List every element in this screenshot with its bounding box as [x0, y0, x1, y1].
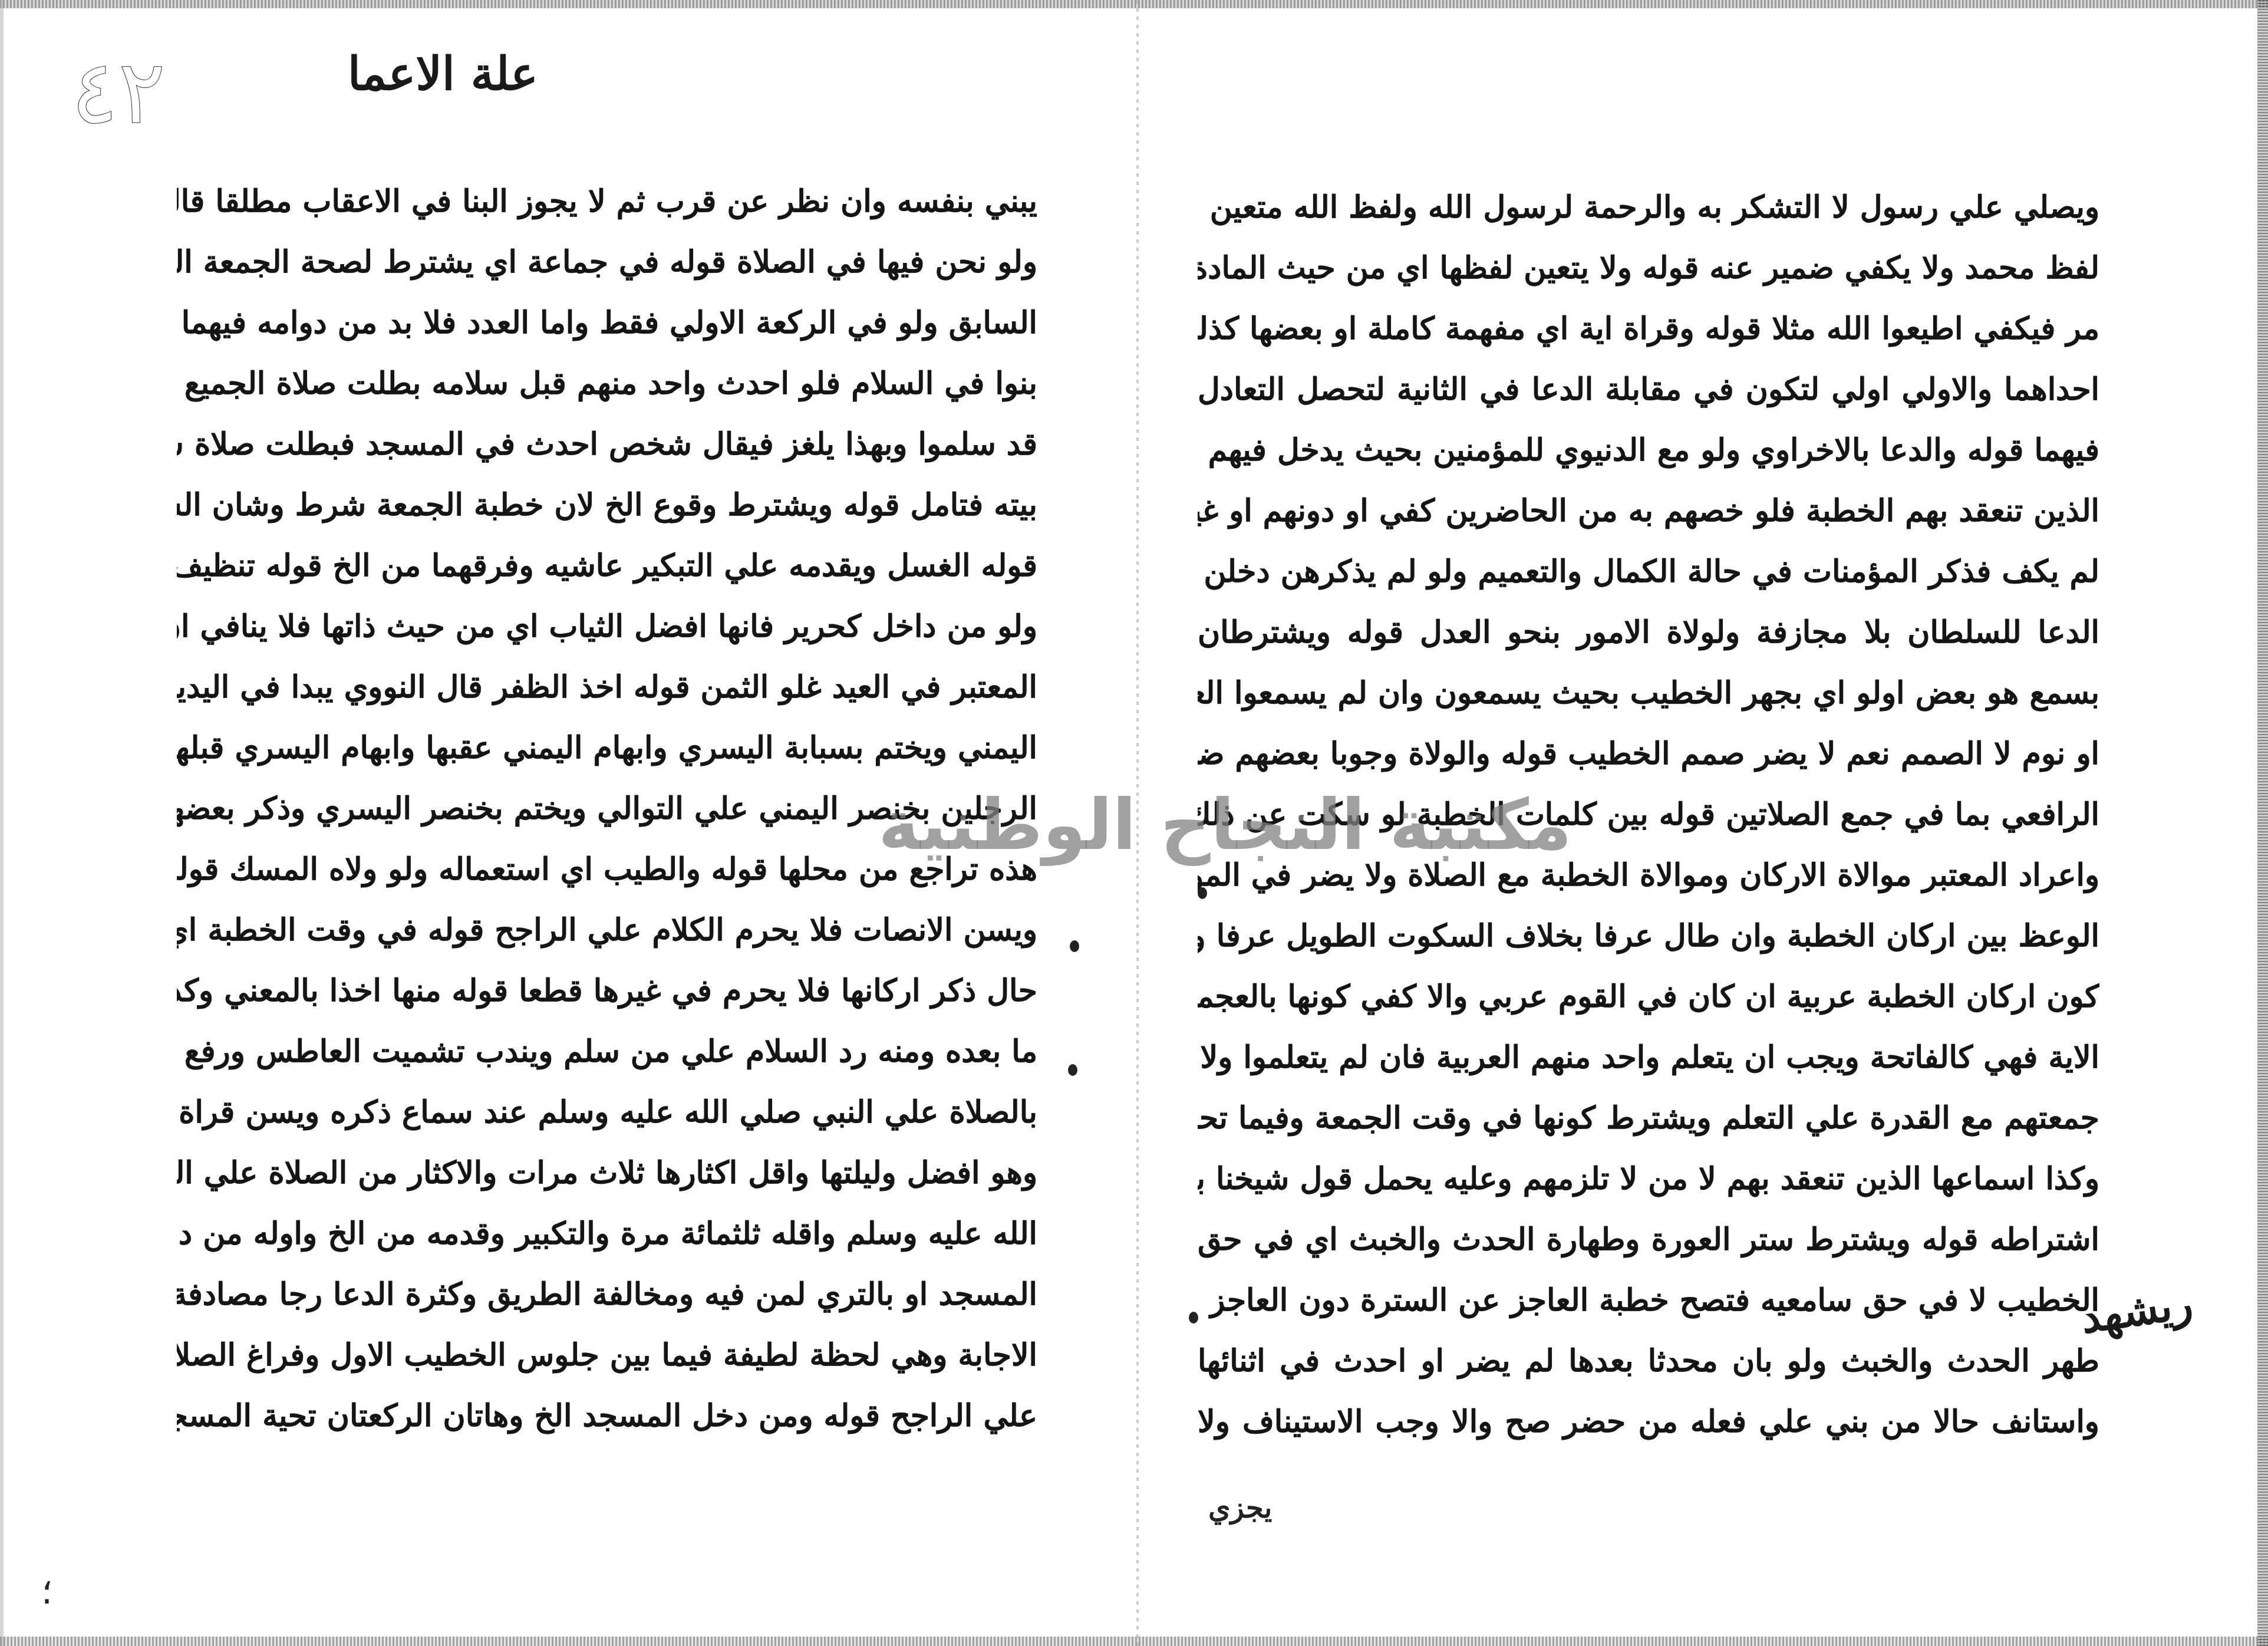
- ink-dot: [1198, 887, 1207, 899]
- manuscript-line: بنوا في السلام فلو احدث واحد منهم قبل سل…: [177, 353, 1037, 414]
- manuscript-line: الاجابة وهي لحظة لطيفة فيما بين جلوس الخ…: [177, 1325, 1037, 1385]
- manuscript-line: ولو نحن فيها في الصلاة قوله في جماعة اي …: [177, 232, 1037, 292]
- manuscript-line: الذين تنعقد بهم الخطبة فلو خصهم به من ال…: [1198, 480, 2099, 541]
- manuscript-line: حال ذكر اركانها فلا يحرم في غيرها قطعا ق…: [177, 960, 1037, 1021]
- manuscript-line: اليمني ويختم بسبابة اليسري وابهام اليمني…: [177, 717, 1037, 778]
- corner-mark: ؛: [41, 1571, 52, 1612]
- manuscript-line: ولو من داخل كحرير فانها افضل الثياب اي م…: [177, 596, 1037, 657]
- manuscript-line: المعتبر في العيد غلو الثمن قوله اخذ الظف…: [177, 657, 1037, 717]
- manuscript-line: ويصلي علي رسول لا التشكر به والرحمة لرسو…: [1198, 177, 2099, 238]
- manuscript-line: بسمع هو بعض اولو اي بجهر الخطيب بحيث يسم…: [1198, 663, 2099, 723]
- manuscript-line: جمعتهم مع القدرة علي التعلم ويشترط كونها…: [1198, 1088, 2099, 1148]
- manuscript-line: لفظ محمد ولا يكفي ضمير عنه قوله ولا يتعي…: [1198, 238, 2099, 298]
- manuscript-line: فيهما قوله والدعا بالاخراوي ولو مع الدني…: [1198, 420, 2099, 480]
- manuscript-line: احداهما والاولي اولي لتكون في مقابلة الد…: [1198, 359, 2099, 420]
- manuscript-line: بالصلاة علي النبي صلي الله عليه وسلم عند…: [177, 1082, 1037, 1143]
- manuscript-line: السابق ولو في الركعة الاولي فقط واما الع…: [177, 292, 1037, 353]
- manuscript-line: ويسن الانصات فلا يحرم الكلام علي الراجح …: [177, 900, 1037, 960]
- manuscript-line: علي الراجح قوله ومن دخل المسجد الخ وهاتا…: [177, 1385, 1037, 1446]
- manuscript-line: مر فيكفي اطيعوا الله مثلا قوله وقراة اية…: [1198, 298, 2099, 359]
- manuscript-line: الخطيب لا في حق سامعيه فتصح خطبة العاجز …: [1198, 1270, 2099, 1331]
- manuscript-line: قوله الغسل ويقدمه علي التبكير عاشيه وفرق…: [177, 535, 1037, 596]
- manuscript-line: المسجد او بالتري لمن فيه ومخالفة الطريق …: [177, 1264, 1037, 1325]
- manuscript-line: لم يكف فذكر المؤمنات في حالة الكمال والت…: [1198, 541, 2099, 602]
- manuscript-line: اشتراطه قوله ويشترط ستر العورة وطهارة ال…: [1198, 1209, 2099, 1270]
- manuscript-line: وهو افضل وليلتها واقل اكثارها ثلاث مرات …: [177, 1143, 1037, 1203]
- manuscript-line: ما بعده ومنه رد السلام علي من سلم ويندب …: [177, 1021, 1037, 1082]
- ink-dot: [1068, 1064, 1077, 1076]
- manuscript-line: وكذا اسماعها الذين تنعقد بهم لا من لا تل…: [1198, 1148, 2099, 1209]
- manuscript-line: قد سلموا وبهذا يلغز فيقال شخص احدث في ال…: [177, 414, 1037, 475]
- manuscript-line: كون اركان الخطبة عربية ان كان في القوم ع…: [1198, 966, 2099, 1027]
- ink-dot: [1189, 1312, 1198, 1324]
- ink-dot: [1070, 940, 1079, 952]
- catchword: يجزي: [1208, 1492, 1272, 1525]
- manuscript-line: الاية فهي كالفاتحة ويجب ان يتعلم واحد من…: [1198, 1027, 2099, 1088]
- manuscript-line: بيته فتامل قوله ويشترط وقوع الخ لان خطبة…: [177, 475, 1037, 535]
- manuscript-line: واستانف حالا من بني علي فعله من حضر صح و…: [1198, 1391, 2099, 1452]
- manuscript-line: الدعا للسلطان بلا مجازفة ولولاة الامور ب…: [1198, 602, 2099, 663]
- manuscript-line: الله عليه وسلم واقله ثلثمائة مرة والتكبي…: [177, 1203, 1037, 1264]
- manuscript-line: يبني بنفسه وان نظر عن قرب ثم لا يجوز الب…: [177, 171, 1037, 232]
- manuscript-line: او نوم لا الصمم نعم لا يضر صمم الخطيب قو…: [1198, 723, 2099, 784]
- manuscript-line: الوعظ بين اركان الخطبة وان طال عرفا بخلا…: [1198, 906, 2099, 966]
- library-watermark: مكتبة النجاح الوطنية: [878, 784, 1572, 865]
- manuscript-line: طهر الحدث والخبث ولو بان محدثا بعدها لم …: [1198, 1331, 2099, 1391]
